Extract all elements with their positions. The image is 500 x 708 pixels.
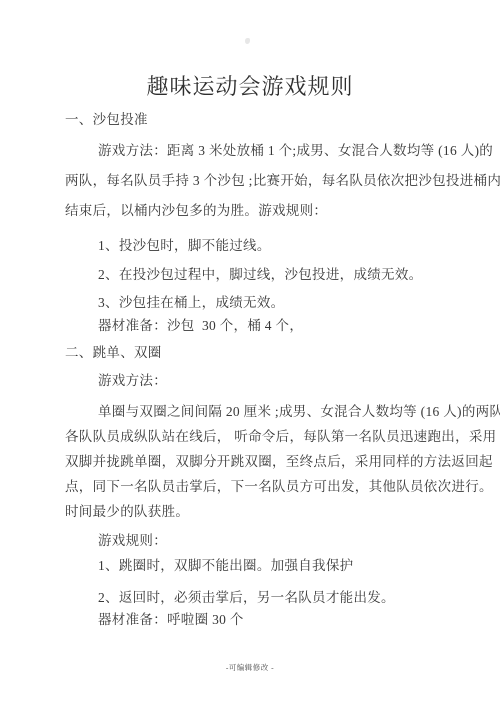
section-2-method-line-3: 双脚并拢跳单圈，双脚分开跳双圈，至终点后，采用同样的方法返回起 [65,453,493,470]
section-2-heading: 二、跳单、双圈 [65,344,162,361]
scan-smudge-mark [245,38,250,44]
document-page: 趣味运动会游戏规则 一、沙包投准 游戏方法：距离 3 米处放桶 1 个;成男、女… [0,0,500,708]
section-2-equipment: 器材准备：呼啦圈 30 个 [98,611,244,628]
section-1-method-line-2: 两队，每名队员手持 3 个沙包 ;比赛开始，每名队员依次把沙包投进桶内， [65,172,500,189]
section-2-method-line-1: 单圈与双圈之间间隔 20 厘米 ;成男、女混合人数均等 (16 人)的两队， [98,403,500,420]
section-2-method-line-4: 点，同下一名队员击掌后，下一名队员方可出发，其他队员依次进行。 [65,478,493,495]
document-title: 趣味运动会游戏规则 [0,70,500,101]
section-1-method-line-1: 游戏方法：距离 3 米处放桶 1 个;成男、女混合人数均等 (16 人)的 [98,142,493,159]
section-1-method-line-3: 结束后，以桶内沙包多的为胜。游戏规则： [65,202,327,219]
section-2-method-line-5: 时间最少的队获胜。 [65,503,189,520]
section-1-rule-2: 2、在投沙包过程中，脚过线，沙包投进，成绩无效。 [98,266,422,283]
section-2-rules-label: 游戏规则： [98,532,167,549]
section-1-rule-3: 3、沙包挂在桶上，成绩无效。 [98,294,284,311]
section-2-rule-1: 1、跳圈时，双脚不能出圈。加强自我保护 [98,557,353,574]
section-2-rule-2: 2、返回时，必须击掌后，另一名队员才能出发。 [98,589,395,606]
section-1-heading: 一、沙包投准 [65,111,148,128]
section-1-rule-1: 1、投沙包时，脚不能过线。 [98,237,271,254]
section-2-method-label: 游戏方法： [98,372,167,389]
section-1-equipment: 器材准备：沙包 30 个，桶 4 个， [98,317,303,334]
section-2-method-line-2: 各队队员成纵队站在线后， 听命令后，每队第一名队员迅速跑出，采用 [65,428,496,445]
page-footer: -可编辑修改 - [0,662,500,673]
